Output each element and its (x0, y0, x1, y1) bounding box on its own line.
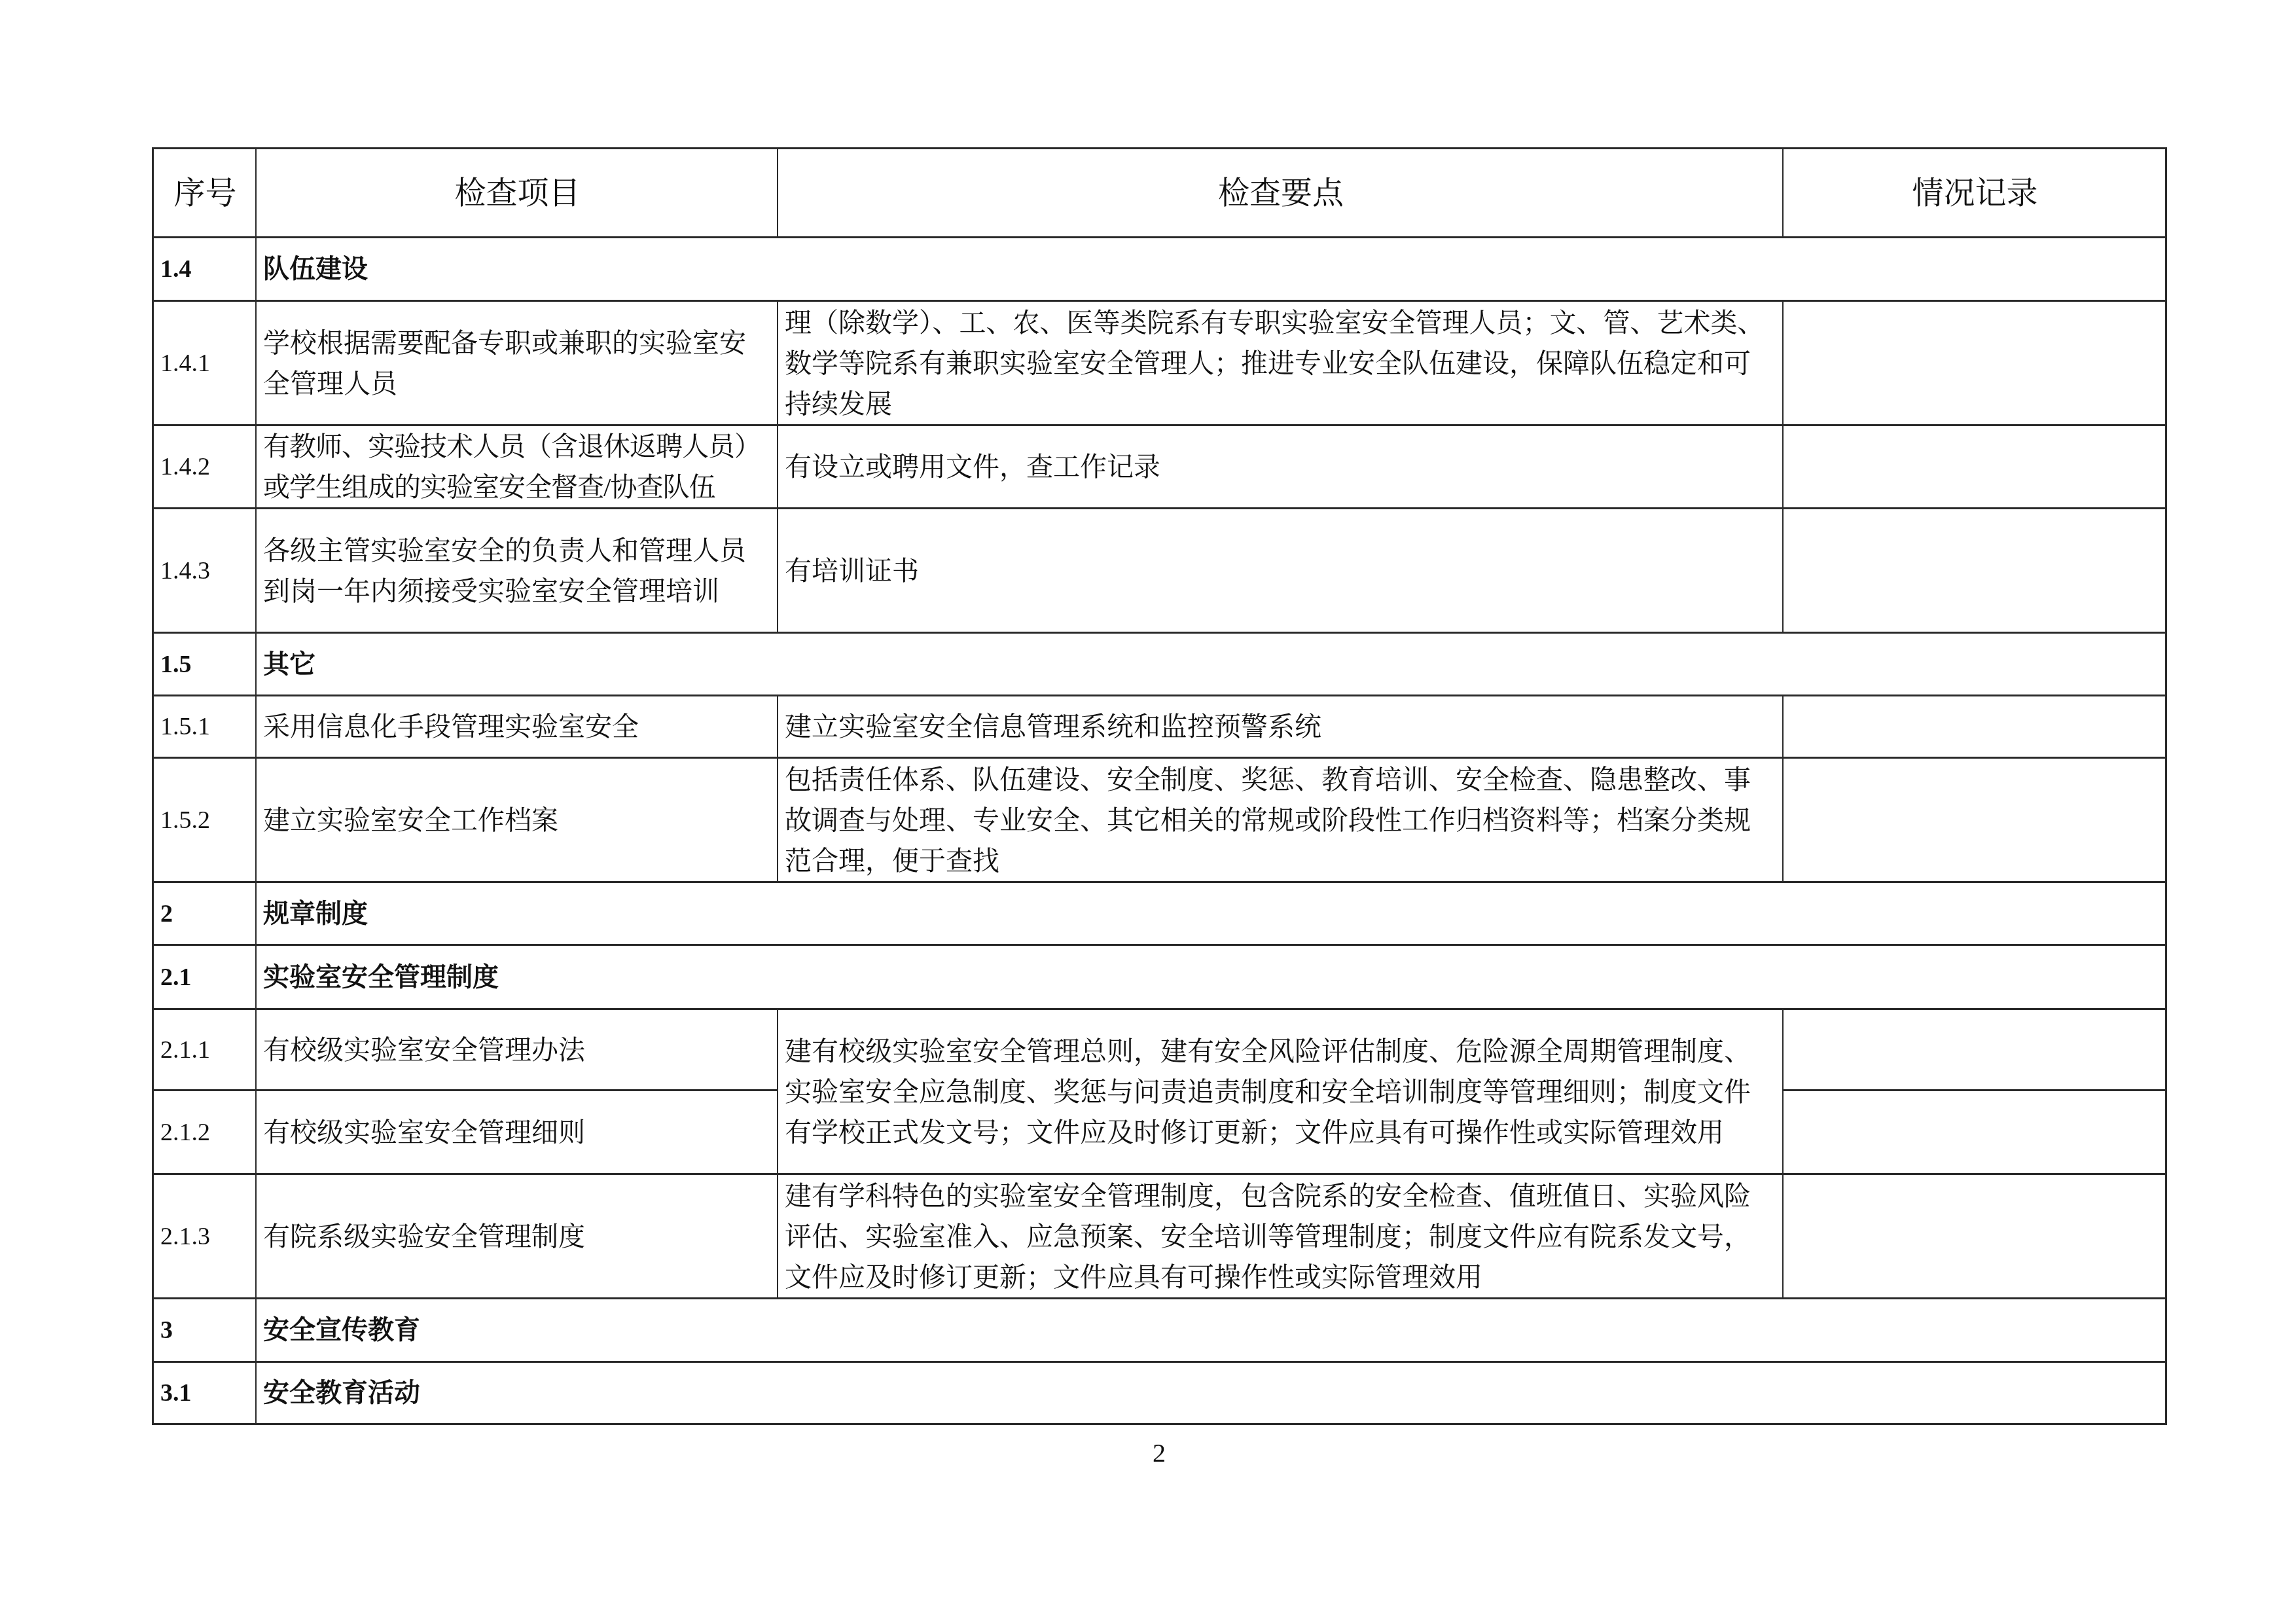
header-no: 序号 (154, 149, 257, 238)
section-row-title: 规章制度 (257, 883, 2165, 946)
section-number: 1.4 (160, 249, 250, 289)
table-row-points: 建有学科特色的实验室安全管理制度，包含院系的安全检查、值班值日、实验风险评估、实… (778, 1175, 1784, 1299)
points-text: 包括责任体系、队伍建设、安全制度、奖惩、教育培训、安全检查、隐患整改、事故调查与… (785, 759, 1777, 881)
table-row-points: 有设立或聘用文件，查工作记录 (778, 426, 1784, 509)
section-row-title: 实验室安全管理制度 (257, 946, 2165, 1010)
section-row-title: 其它 (257, 634, 2165, 696)
table-row-item: 有校级实验室安全管理办法 (257, 1010, 778, 1091)
table-row-points: 建立实验室安全信息管理系统和监控预警系统 (778, 696, 1784, 759)
item-number: 1.5.1 (160, 706, 250, 747)
table-row-record[interactable] (1784, 696, 2165, 759)
table-row-no: 1.4.2 (154, 426, 257, 509)
table-row-record[interactable] (1784, 509, 2165, 634)
points-text: 建有学科特色的实验室安全管理制度，包含院系的安全检查、值班值日、实验风险评估、实… (785, 1176, 1777, 1297)
section-row-no: 2 (154, 883, 257, 946)
page-number: 2 (1143, 1437, 1175, 1468)
table-row-no: 2.1.2 (154, 1091, 257, 1175)
table-row-no: 1.4.1 (154, 302, 257, 426)
item-text: 学校根据需要配备专职或兼职的实验室安全管理人员 (263, 323, 772, 404)
section-row-no: 3 (154, 1299, 257, 1363)
document-page: 序号 检查项目 检查要点 情况记录 1.4 队伍建设 1.4.1 学校根据需要配… (0, 0, 2296, 1624)
item-number: 1.4.2 (160, 446, 250, 487)
header-record: 情况记录 (1784, 149, 2165, 238)
item-text: 有校级实验室安全管理细则 (263, 1112, 772, 1153)
table-row-no: 2.1.1 (154, 1010, 257, 1091)
item-number: 2.1.2 (160, 1112, 250, 1153)
table-row-no: 1.5.1 (154, 696, 257, 759)
table-row-record[interactable] (1784, 302, 2165, 426)
inspection-table: 序号 检查项目 检查要点 情况记录 1.4 队伍建设 1.4.1 学校根据需要配… (152, 147, 2167, 1425)
table-row-points-merged: 建有校级实验室安全管理总则，建有安全风险评估制度、危险源全周期管理制度、实验室安… (778, 1010, 1784, 1175)
table-row-points: 有培训证书 (778, 509, 1784, 634)
section-title: 规章制度 (263, 893, 2160, 934)
item-number: 1.4.3 (160, 550, 250, 591)
points-text: 理（除数学）、工、农、医等类院系有专职实验室安全管理人员；文、管、艺术类、数学等… (785, 302, 1777, 424)
header-item: 检查项目 (257, 149, 778, 238)
item-text: 有教师、实验技术人员（含退休返聘人员）或学生组成的实验室安全督查/协查队伍 (263, 426, 772, 507)
header-record-label: 情况记录 (1790, 173, 2160, 213)
section-row-title: 队伍建设 (257, 238, 2165, 302)
points-text: 建立实验室安全信息管理系统和监控预警系统 (785, 706, 1777, 747)
table-row-item: 有教师、实验技术人员（含退休返聘人员）或学生组成的实验室安全督查/协查队伍 (257, 426, 778, 509)
table-row-item: 学校根据需要配备专职或兼职的实验室安全管理人员 (257, 302, 778, 426)
item-text: 各级主管实验室安全的负责人和管理人员到岗一年内须接受实验室安全管理培训 (263, 530, 772, 611)
section-title: 安全教育活动 (263, 1373, 2160, 1413)
header-no-label: 序号 (160, 173, 250, 213)
item-number: 1.4.1 (160, 343, 250, 384)
item-number: 2.1.1 (160, 1030, 250, 1070)
section-number: 3 (160, 1310, 250, 1350)
section-number: 1.5 (160, 644, 250, 685)
section-row-title: 安全宣传教育 (257, 1299, 2165, 1363)
table-row-record[interactable] (1784, 1175, 2165, 1299)
item-text: 采用信息化手段管理实验室安全 (263, 706, 772, 747)
table-row-points: 理（除数学）、工、农、医等类院系有专职实验室安全管理人员；文、管、艺术类、数学等… (778, 302, 1784, 426)
table-row-item: 采用信息化手段管理实验室安全 (257, 696, 778, 759)
table-row-item: 建立实验室安全工作档案 (257, 759, 778, 883)
section-row-no: 3.1 (154, 1363, 257, 1423)
table-row-no: 1.4.3 (154, 509, 257, 634)
item-number: 2.1.3 (160, 1216, 250, 1257)
section-title: 实验室安全管理制度 (263, 957, 2160, 998)
section-number: 3.1 (160, 1373, 250, 1413)
table-row-item: 有校级实验室安全管理细则 (257, 1091, 778, 1175)
points-text: 有培训证书 (785, 550, 1777, 591)
table-row-record[interactable] (1784, 1091, 2165, 1175)
header-points: 检查要点 (778, 149, 1784, 238)
table-row-item: 各级主管实验室安全的负责人和管理人员到岗一年内须接受实验室安全管理培训 (257, 509, 778, 634)
section-title: 安全宣传教育 (263, 1310, 2160, 1350)
section-number: 2 (160, 893, 250, 934)
item-text: 建立实验室安全工作档案 (263, 800, 772, 840)
table-row-no: 2.1.3 (154, 1175, 257, 1299)
header-points-label: 检查要点 (785, 173, 1777, 213)
table-row-record[interactable] (1784, 426, 2165, 509)
item-text: 有校级实验室安全管理办法 (263, 1030, 772, 1070)
points-text: 有设立或聘用文件，查工作记录 (785, 446, 1777, 487)
item-text: 有院系级实验安全管理制度 (263, 1216, 772, 1257)
points-text: 建有校级实验室安全管理总则，建有安全风险评估制度、危险源全周期管理制度、实验室安… (785, 1031, 1777, 1153)
section-row-no: 1.5 (154, 634, 257, 696)
table-row-item: 有院系级实验安全管理制度 (257, 1175, 778, 1299)
table-row-record[interactable] (1784, 759, 2165, 883)
section-row-title: 安全教育活动 (257, 1363, 2165, 1423)
section-title: 队伍建设 (263, 249, 2160, 289)
section-number: 2.1 (160, 957, 250, 998)
table-row-points: 包括责任体系、队伍建设、安全制度、奖惩、教育培训、安全检查、隐患整改、事故调查与… (778, 759, 1784, 883)
header-item-label: 检查项目 (263, 173, 772, 213)
section-row-no: 1.4 (154, 238, 257, 302)
table-row-no: 1.5.2 (154, 759, 257, 883)
section-title: 其它 (263, 644, 2160, 685)
section-row-no: 2.1 (154, 946, 257, 1010)
item-number: 1.5.2 (160, 800, 250, 840)
table-row-record[interactable] (1784, 1010, 2165, 1091)
